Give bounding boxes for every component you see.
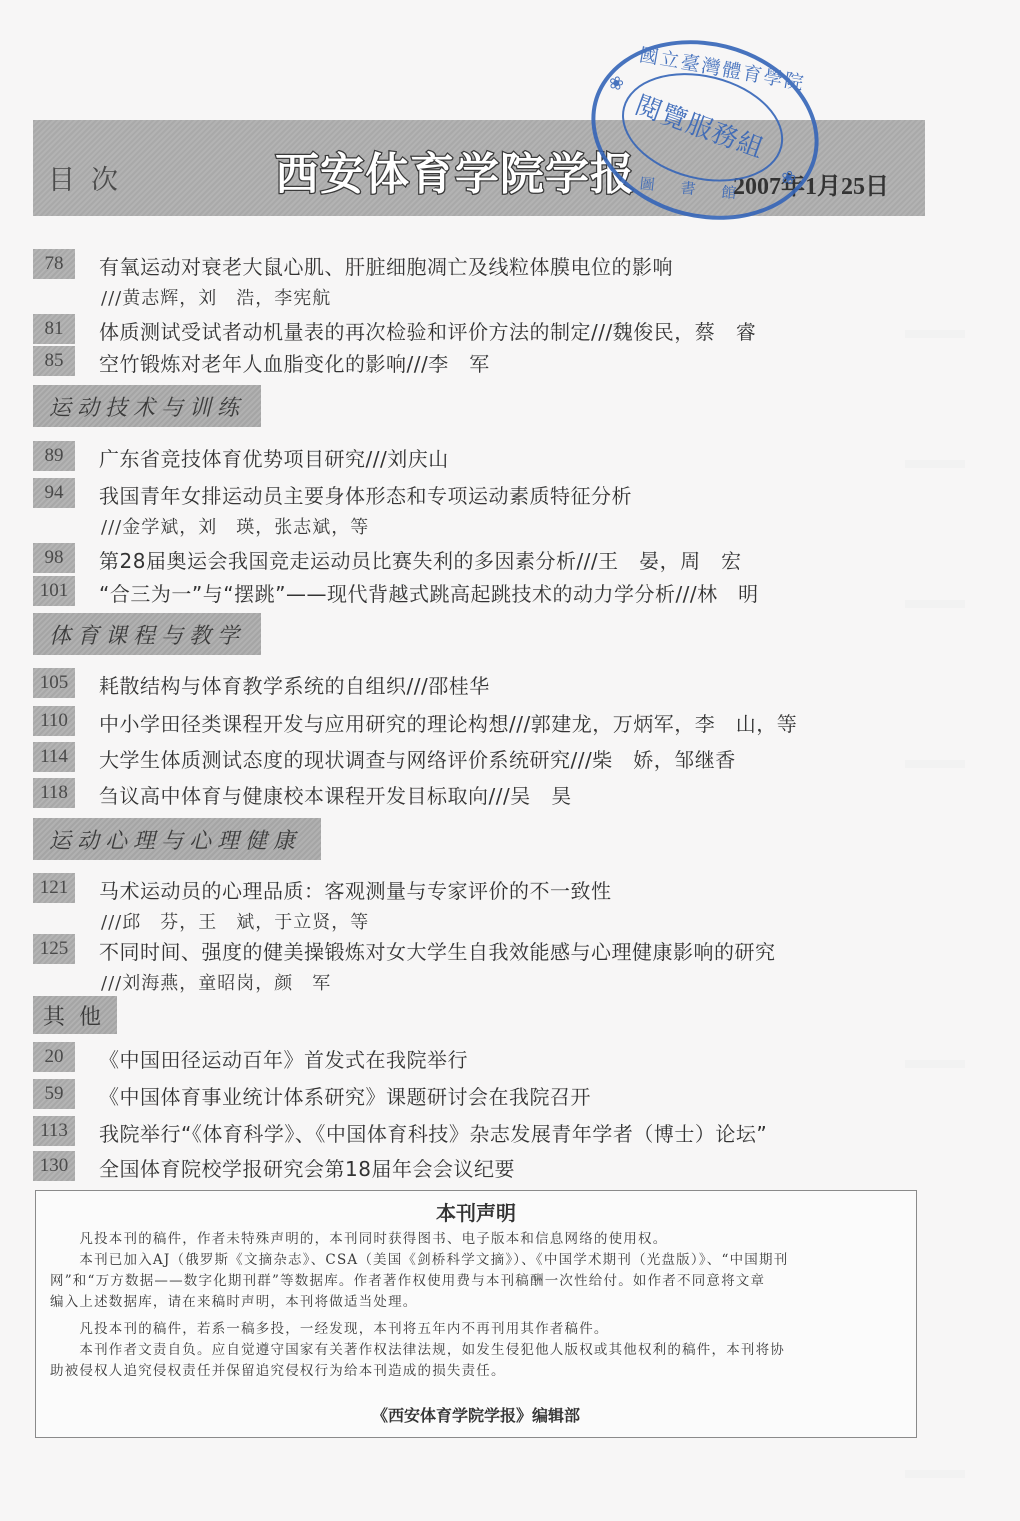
article-title: 马术运动员的心理品质：客观测量与专家评价的不一致性: [99, 875, 612, 904]
article-title: 第28届奥运会我国竞走运动员比赛失利的多因素分析///王 晏，周 宏: [99, 545, 742, 574]
notice-paragraph: 凡投本刊的稿件，作者未特殊声明的，本刊同时获得图书、电子版本和信息网络的使用权。: [50, 1228, 908, 1250]
article-title: 不同时间、强度的健美操锻炼对女大学生自我效能感与心理健康影响的研究: [99, 936, 776, 965]
article-title: “合三为一”与“摆跳”——现代背越式跳高起跳技术的动力学分析///林 明: [99, 578, 759, 607]
article-authors: ///金学斌，刘 瑛，张志斌，等: [101, 513, 369, 539]
toc-entry[interactable]: 118 刍议高中体育与健康校本课程开发目标取向///吴 昊: [33, 778, 933, 808]
toc-entry[interactable]: 105 耗散结构与体育教学系统的自组织///邵桂华: [33, 668, 933, 698]
section-title: 运动技术与训练: [49, 391, 245, 422]
page-number: 20: [33, 1042, 75, 1072]
page-number: 59: [33, 1079, 75, 1109]
toc-entry[interactable]: 121 马术运动员的心理品质：客观测量与专家评价的不一致性 ///邱 芬，王 斌…: [33, 873, 933, 903]
toc-entry[interactable]: 94 我国青年女排运动员主要身体形态和专项运动素质特征分析 ///金学斌，刘 瑛…: [33, 478, 933, 508]
article-title: 刍议高中体育与健康校本课程开发目标取向///吴 昊: [99, 780, 572, 809]
page-number: 130: [33, 1151, 75, 1181]
section-title: 运动心理与心理健康: [49, 824, 301, 855]
notice-paragraph: 网”和“万方数据——数字化期刊群”等数据库。作者著作权使用费与本刊稿酬一次性给付…: [50, 1270, 908, 1292]
toc-entry[interactable]: 114 大学生体质测试态度的现状调查与网络评价系统研究///柴 娇，邹继香: [33, 742, 933, 772]
notice-paragraph: 编入上述数据库，请在来稿时声明，本刊将做适当处理。: [50, 1291, 908, 1313]
toc-entry[interactable]: 78 有氧运动对衰老大鼠心肌、肝脏细胞凋亡及线粒体膜电位的影响 ///黄志辉，刘…: [33, 249, 933, 279]
toc-entry[interactable]: 85 空竹锻炼对老年人血脂变化的影响///李 军: [33, 346, 933, 376]
article-title: 全国体育院校学报研究会第18届年会会议纪要: [99, 1153, 515, 1182]
toc-entry[interactable]: 125 不同时间、强度的健美操锻炼对女大学生自我效能感与心理健康影响的研究 //…: [33, 934, 933, 964]
toc-entry[interactable]: 113 我院举行“《体育科学》、《中国体育科技》杂志发展青年学者（博士）论坛”: [33, 1116, 933, 1146]
journal-notice-box: 本刊声明 凡投本刊的稿件，作者未特殊声明的，本刊同时获得图书、电子版本和信息网络…: [35, 1190, 917, 1438]
toc-label: 目次: [48, 158, 134, 197]
article-title: 广东省竞技体育优势项目研究///刘庆山: [99, 443, 449, 472]
article-authors: ///刘海燕，童昭岗，颜 军: [101, 969, 331, 995]
notice-paragraph: 本刊已加入AJ（俄罗斯《文摘杂志》、CSA（美国《剑桥科学文摘》）、《中国学术期…: [50, 1249, 908, 1271]
bleed-through: [905, 1470, 965, 1478]
flower-icon: ❀: [779, 166, 799, 190]
page-number: 113: [33, 1116, 75, 1146]
article-title: 《中国田径运动百年》首发式在我院举行: [99, 1044, 468, 1073]
page-number: 118: [33, 778, 75, 808]
article-title: 耗散结构与体育教学系统的自组织///邵桂华: [99, 670, 490, 699]
toc-entry[interactable]: 81 体质测试受试者动机量表的再次检验和评价方法的制定///魏俊民，蔡 睿: [33, 314, 933, 344]
article-title: 我国青年女排运动员主要身体形态和专项运动素质特征分析: [99, 480, 632, 509]
section-header-sports-technique: 运动技术与训练: [33, 385, 261, 427]
editorial-signature: 《西安体育学院学报》编辑部: [36, 1403, 916, 1426]
page-number: 94: [33, 478, 75, 508]
toc-entry[interactable]: 101 “合三为一”与“摆跳”——现代背越式跳高起跳技术的动力学分析///林 明: [33, 576, 933, 606]
article-title: 我院举行“《体育科学》、《中国体育科技》杂志发展青年学者（博士）论坛”: [99, 1118, 767, 1147]
section-header-other: 其他: [33, 996, 117, 1034]
article-title: 有氧运动对衰老大鼠心肌、肝脏细胞凋亡及线粒体膜电位的影响: [99, 251, 673, 280]
flower-icon: ❀: [606, 72, 626, 96]
section-title: 体育课程与教学: [49, 619, 245, 650]
article-title: 中小学田径类课程开发与应用研究的理论构想///郭建龙，万炳军，李 山，等: [99, 708, 797, 737]
page-number: 121: [33, 873, 75, 903]
notice-paragraph: 本刊作者文责自负。应自觉遵守国家有关著作权法律法规，如发生侵犯他人版权或其他权利…: [50, 1339, 908, 1361]
section-header-sports-psychology: 运动心理与心理健康: [33, 818, 321, 860]
toc-entry[interactable]: 98 第28届奥运会我国竞走运动员比赛失利的多因素分析///王 晏，周 宏: [33, 543, 933, 573]
journal-title: 西安体育学院学报: [275, 138, 635, 202]
page-number: 81: [33, 314, 75, 344]
section-header-pe-curriculum: 体育课程与教学: [33, 613, 261, 655]
page-number: 110: [33, 706, 75, 736]
toc-entry[interactable]: 20 《中国田径运动百年》首发式在我院举行: [33, 1042, 933, 1072]
page-number: 101: [33, 576, 75, 606]
page-number: 125: [33, 934, 75, 964]
article-title: 大学生体质测试态度的现状调查与网络评价系统研究///柴 娇，邹继香: [99, 744, 736, 773]
toc-entry[interactable]: 89 广东省竞技体育优势项目研究///刘庆山: [33, 441, 933, 471]
page-number: 78: [33, 249, 75, 279]
page-number: 89: [33, 441, 75, 471]
toc-entry[interactable]: 110 中小学田径类课程开发与应用研究的理论构想///郭建龙，万炳军，李 山，等: [33, 706, 933, 736]
toc-entry[interactable]: 59 《中国体育事业统计体系研究》课题研讨会在我院召开: [33, 1079, 933, 1109]
article-authors: ///黄志辉，刘 浩，李宪航: [101, 284, 331, 310]
article-title: 体质测试受试者动机量表的再次检验和评价方法的制定///魏俊民，蔡 睿: [99, 316, 756, 345]
notice-paragraph: 助被侵权人追究侵权责任并保留追究侵权行为给本刊造成的损失责任。: [50, 1360, 908, 1382]
article-title: 《中国体育事业统计体系研究》课题研讨会在我院召开: [99, 1081, 591, 1110]
article-authors: ///邱 芬，王 斌，于立贤，等: [101, 908, 369, 934]
notice-title: 本刊声明: [36, 1197, 916, 1226]
toc-entry[interactable]: 130 全国体育院校学报研究会第18届年会会议纪要: [33, 1151, 933, 1181]
notice-paragraph: 凡投本刊的稿件，若系一稿多投，一经发现，本刊将五年内不再刊用其作者稿件。: [50, 1318, 908, 1340]
page-number: 114: [33, 742, 75, 772]
page-number: 105: [33, 668, 75, 698]
article-title: 空竹锻炼对老年人血脂变化的影响///李 军: [99, 348, 490, 377]
page-number: 85: [33, 346, 75, 376]
page-number: 98: [33, 543, 75, 573]
section-title: 其他: [43, 1000, 115, 1031]
